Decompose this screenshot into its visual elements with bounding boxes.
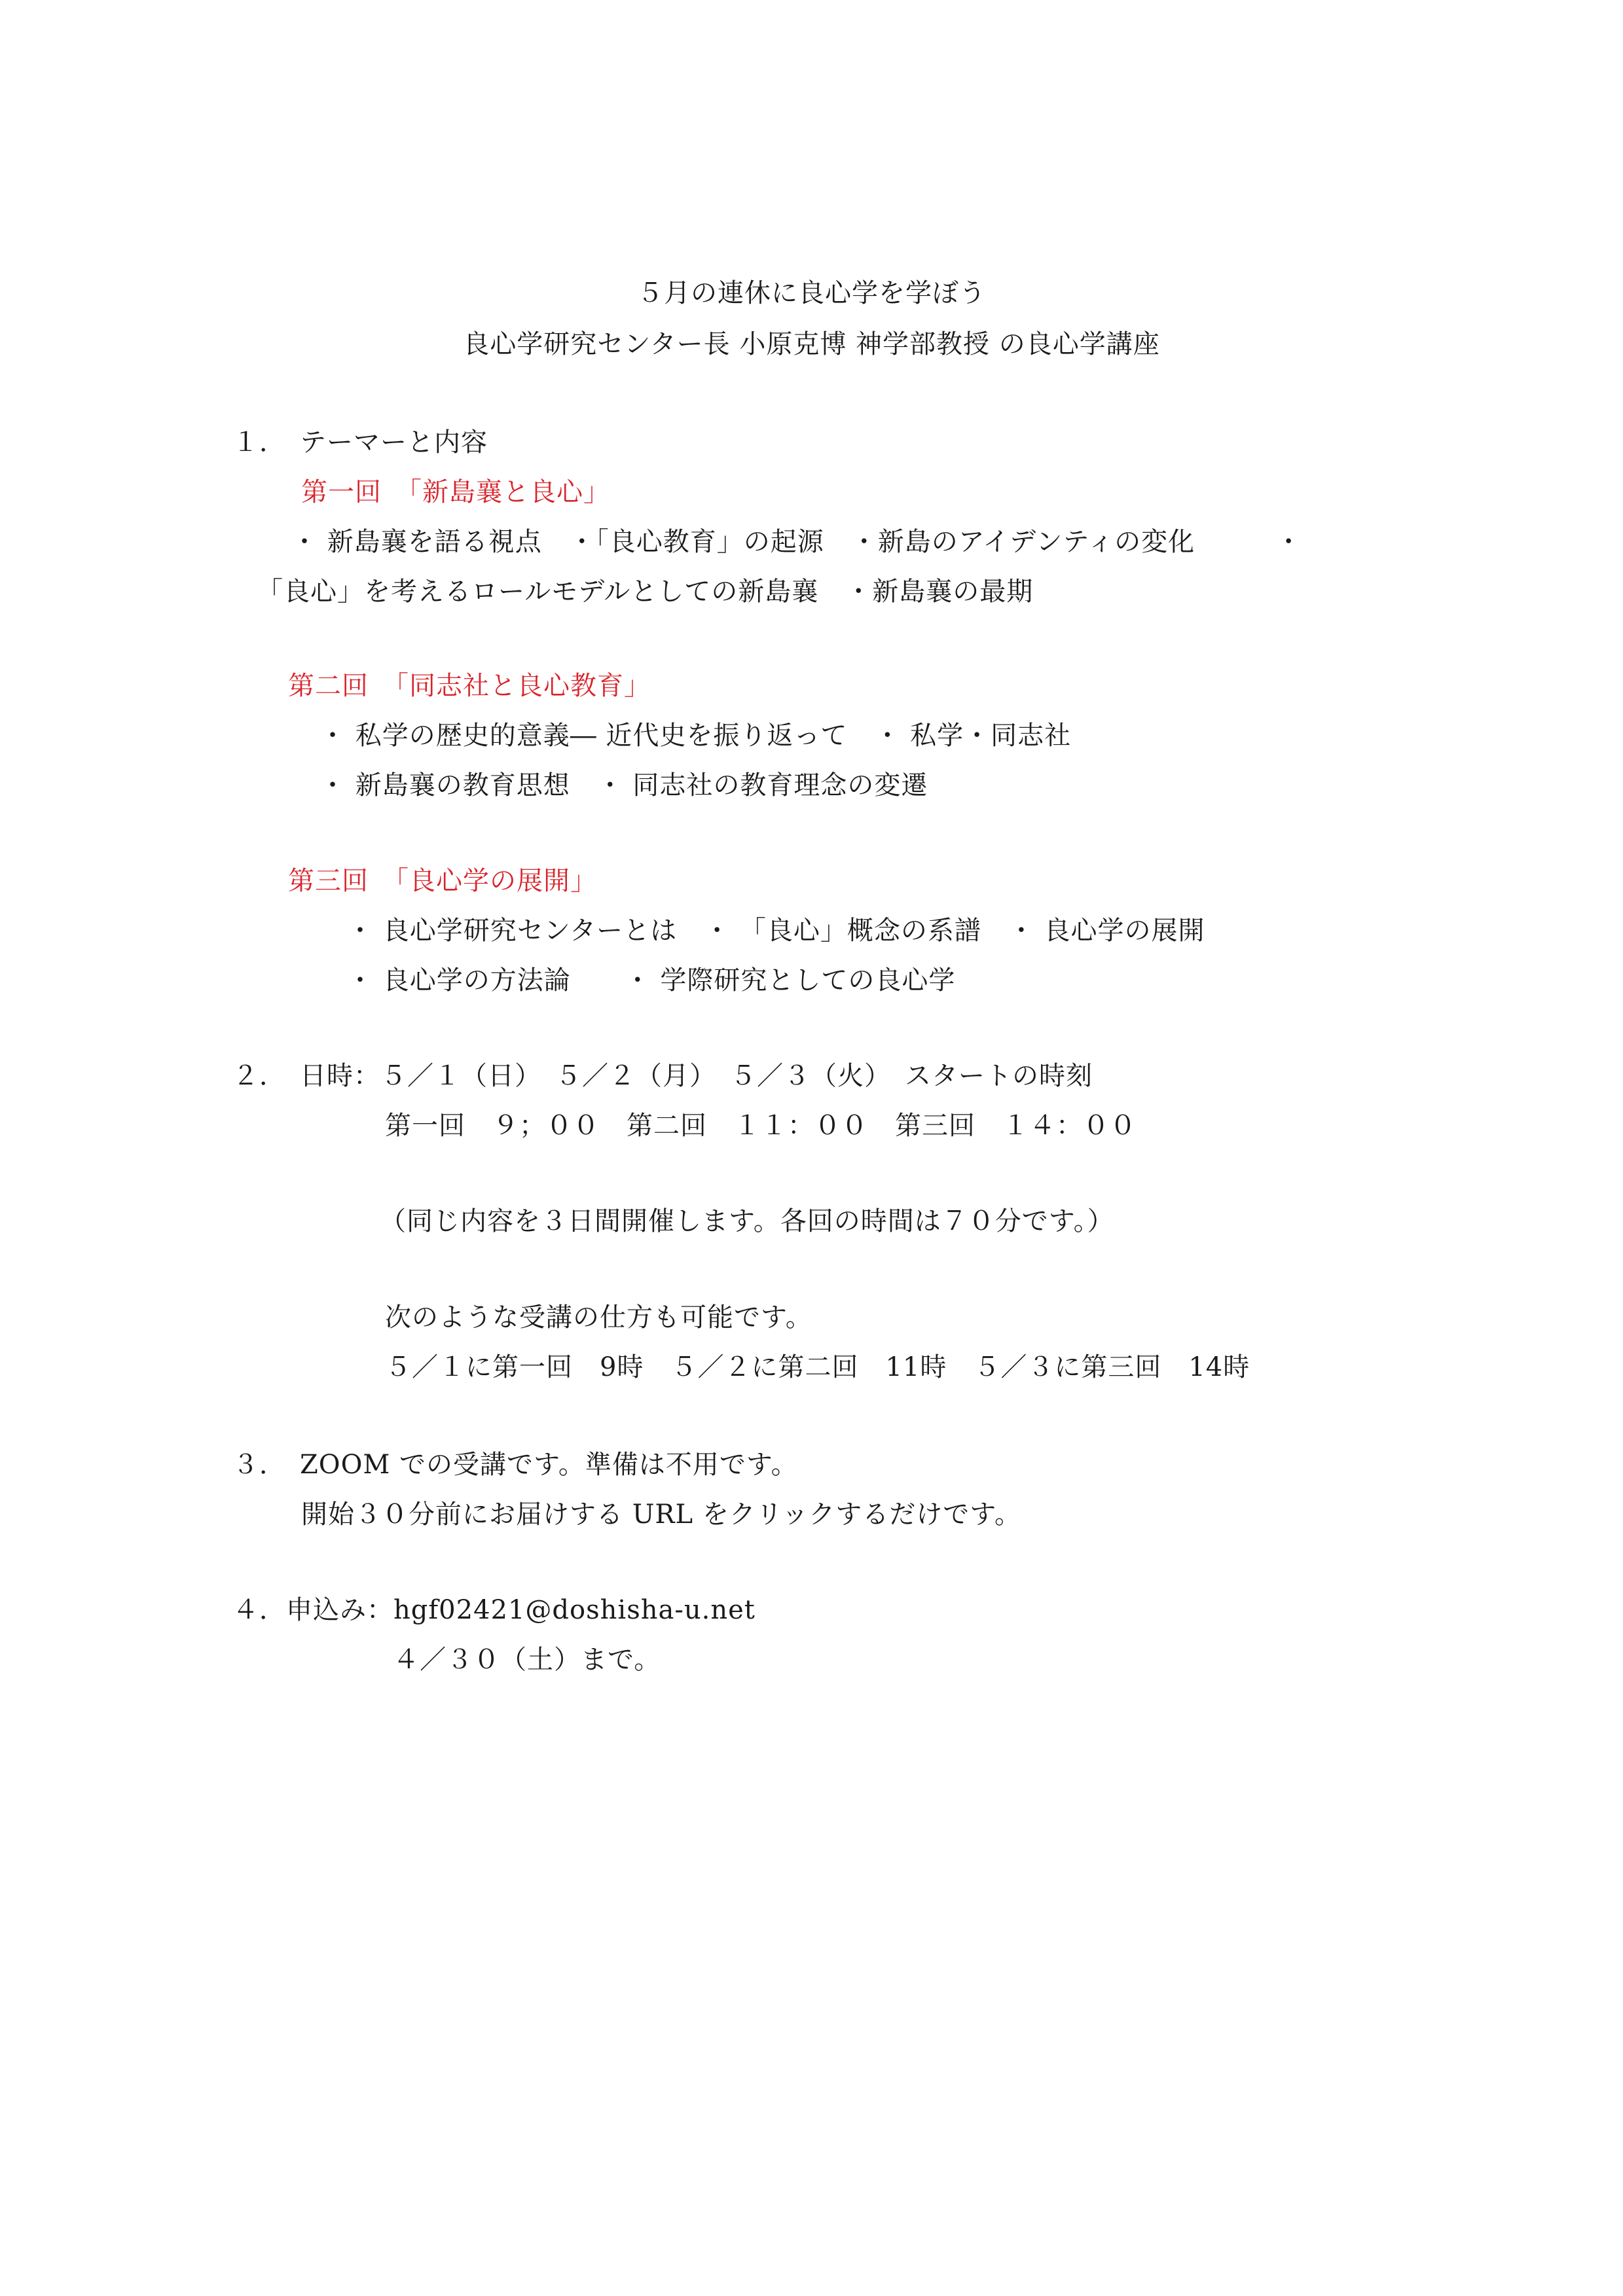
session-1-title: 第一回 「新島襄と良心」: [301, 474, 610, 511]
section-2-heading: ２． 日時：５／１（日） ５／２（月） ５／３（火） スタートの時刻: [232, 1058, 1093, 1094]
application-deadline: ４／３０（土）まで。: [393, 1641, 661, 1678]
schedule-note: （同じ内容を３日間開催します。各回の時間は７０分です。）: [380, 1203, 1114, 1240]
alternative-intro: 次のような受講の仕方も可能です。: [385, 1299, 812, 1336]
session-2-title: 第二回 「同志社と良心教育」: [288, 668, 651, 704]
session-3-title: 第三回 「良心学の展開」: [288, 863, 597, 899]
section-3-url-info: 開始３０分前にお届けする URL をクリックするだけです。: [301, 1496, 1021, 1533]
application-email-link[interactable]: hgf02421@doshisha-u.net: [393, 1595, 756, 1625]
section-3-zoom-info: ３． ZOOM での受講です。準備は不用です。: [232, 1446, 798, 1483]
session-2-topics-line-2: ・ 新島襄の教育思想 ・ 同志社の教育理念の変遷: [319, 767, 928, 804]
section-4-application: ４．申込み：hgf02421@doshisha-u.net: [232, 1592, 756, 1628]
session-2-topics-line-1: ・ 私学の歴史的意義― 近代史を振り返って ・ 私学・同志社: [319, 717, 1071, 754]
alternative-example: ５／１に第一回 9時 ５／２に第二回 11時 ５／３に第三回 14時: [385, 1349, 1250, 1386]
session-1-topics-line-1: ・ 新島襄を語る視点 ・「良心教育」の起源 ・新島のアイデンティの変化 ・: [291, 524, 1302, 560]
application-label: ４．申込み：: [232, 1595, 393, 1625]
session-3-topics-line-1: ・ 良心学研究センターとは ・ 「良心」概念の系譜 ・ 良心学の展開: [347, 912, 1205, 949]
session-start-times: 第一回 ９；００ 第二回 １１：００ 第三回 １４：００: [385, 1107, 1137, 1144]
session-1-topics-line-2: 「良心」を考えるロールモデルとしての新島襄 ・新島襄の最期: [257, 573, 1033, 610]
section-1-heading: １． テーマーと内容: [232, 424, 488, 461]
document-title: ５月の連休に良心学を学ぼう: [0, 275, 1623, 312]
document-subtitle: 良心学研究センター長 小原克博 神学部教授 の良心学講座: [0, 326, 1623, 363]
session-3-topics-line-2: ・ 良心学の方法論 ・ 学際研究としての良心学: [347, 962, 955, 999]
